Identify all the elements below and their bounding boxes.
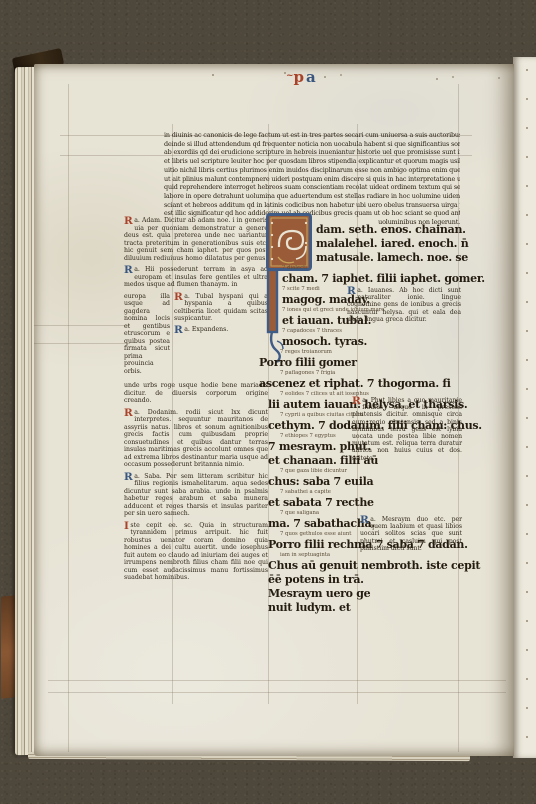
commentary-text: a. Dodanim. rodii sicut lxx dicunt inter… <box>124 409 268 469</box>
commentary-initial: R <box>124 409 133 417</box>
commentary-initial: R <box>124 266 133 274</box>
manuscript-photo: ~pa in diuinis ac canonicis de lege fact… <box>0 0 536 804</box>
interlinear-gloss: 7 sabathei a capite <box>268 489 464 495</box>
interlinear-gloss: 7 paflagones 7 frigia <box>268 370 464 376</box>
prologue-line: labore in opere detrahunt uolumina que a… <box>164 192 460 201</box>
left-commentary-column: Ra. Adam. Dicitur ab adam noe. i in gene… <box>124 217 268 586</box>
running-title-letter-p: p <box>294 68 307 86</box>
bible-line: Porro filii gomer <box>259 356 464 369</box>
commentary-text: europa illa usque ad gagdera nomina loci… <box>124 293 170 375</box>
gloss-initial: R <box>360 516 369 524</box>
right-gloss: Ra. Phut libies a quo mauritanie fluuius… <box>352 397 462 462</box>
bible-line: Chus aū genuit nembroth. iste cepit <box>268 559 464 572</box>
prologue-line: ut ait plinius malunt contempnere uideri… <box>164 175 460 184</box>
bible-line: chus: saba 7 euila <box>268 475 464 488</box>
commentary-initial: R <box>174 326 183 334</box>
interlinear-gloss: 7 que gaza libie dicuntur <box>268 468 464 474</box>
commentary-block: Ra. Tubal hyspani qui a hyspania a quibu… <box>174 293 268 323</box>
bible-line: dam. seth. enos. chainan. <box>268 223 464 236</box>
commentary-initial: R <box>124 473 133 481</box>
commentary-text: a. Expandens. <box>184 326 228 333</box>
prologue-line: et libris uel scripture leuiter hoc per … <box>164 157 460 166</box>
bible-line: et sabata 7 recthe <box>268 496 464 509</box>
prologue-line: deinde si illud attendendum qd frequente… <box>164 140 460 149</box>
interlinear-gloss: 7 reges troianorum <box>268 349 464 355</box>
bible-line: matusale. lamech. noe. se <box>268 251 464 264</box>
gloss-text: a. Iauanes. Ab hoc dicti sunt naturalite… <box>347 287 461 323</box>
commentary-block: Ra. Dodanim. rodii sicut lxx dicunt inte… <box>124 409 268 469</box>
pricking-dots <box>212 74 214 76</box>
interlinear-gloss: 7 capadoces 7 thraces <box>268 328 464 334</box>
commentary-text: a. Hii possederunt terram in asya ad eur… <box>124 266 268 288</box>
ruled-line <box>34 343 130 344</box>
commentary-block: unde urbs roge usque hodie bene mariadis… <box>124 382 268 405</box>
book-cover-edge <box>1 595 15 698</box>
gloss-initial: R <box>347 287 356 295</box>
ruled-line <box>34 325 130 326</box>
running-title: ~pa <box>286 68 318 86</box>
commentary-text: a. Saba. Per sem litteram scribitur hic … <box>124 473 268 518</box>
right-gloss: Ra. Iauanes. Ab hoc dicti sunt naturalit… <box>347 287 461 323</box>
commentary-initial: R <box>124 217 133 225</box>
bible-line: mosoch. tyras. <box>268 335 464 348</box>
bible-line: cham. 7 iaphet. filii iaphet. gomer. <box>268 272 464 285</box>
bible-line: ēē potens in trā. <box>268 573 464 586</box>
bible-line: ascenez et riphat. 7 thogorma. fi <box>259 377 464 390</box>
commentary-text: ste cepit ee. sc. Quia in structuram tyr… <box>124 522 268 582</box>
ruled-line <box>48 680 506 681</box>
commentary-text: unde urbs roge usque hodie bene mariadis… <box>124 382 268 404</box>
interlinear-gloss: iam in septuaginta <box>268 552 464 558</box>
prologue-line: quid reprehendere interroget hebreos sua… <box>164 183 460 192</box>
commentary-block: Ra. Hii possederunt terram in asya ad eu… <box>124 266 268 289</box>
commentary-block: Iste cepit ee. sc. Quia in structuram ty… <box>124 522 268 582</box>
commentary-initial: R <box>174 293 183 301</box>
prologue-line: sciant et hebreos additum qd in latinis … <box>164 201 460 210</box>
bible-line: malalehel. iared. enoch. n̄ <box>268 237 464 250</box>
bible-line: Mesraym uero ge <box>268 587 464 600</box>
prologue-line: uitio nichil libris certius plurimos eni… <box>164 166 460 175</box>
commentary-text: a. Tubal hyspani qui a hyspania a quibus… <box>174 293 268 323</box>
commentary-block: Ra. Saba. Per sem litteram scribitur hic… <box>124 473 268 518</box>
commentary-two-columns: europa illa usque ad gagdera nomina loci… <box>124 293 268 379</box>
gloss-text: a. Mesraym duo etc. per quem laabium et … <box>360 516 462 552</box>
parchment-page: ~pa in diuinis ac canonicis de lege fact… <box>34 64 514 756</box>
gloss-initial: R <box>352 397 361 405</box>
ruled-line <box>68 84 69 752</box>
prologue-line: in diuinis ac canonicis de lege factum u… <box>164 131 460 140</box>
commentary-initial: I <box>124 522 129 530</box>
interlinear-gloss: 7 dialecti <box>268 265 464 271</box>
commentary-block: Ra. Expandens. <box>174 326 268 334</box>
gloss-text: a. Phut libies a quo mauritanie fluuius … <box>352 397 462 462</box>
prologue-line: ab exordiis qd dei erudicione scripture … <box>164 148 460 157</box>
commentary-block: europa illa usque ad gagdera nomina loci… <box>124 293 170 376</box>
bible-line: nuit ludym. et <box>268 601 464 614</box>
facing-page-edge <box>513 57 536 758</box>
commentary-text: a. Adam. Dicitur ab adam noe. i in gener… <box>124 217 268 262</box>
running-title-flourish: ~ <box>286 71 294 81</box>
right-gloss: Ra. Mesraym duo etc. per quem laabium et… <box>360 516 462 552</box>
running-title-letter-a: a <box>306 68 318 86</box>
ruled-line <box>48 692 506 693</box>
commentary-block: Ra. Adam. Dicitur ab adam noe. i in gene… <box>124 217 268 262</box>
